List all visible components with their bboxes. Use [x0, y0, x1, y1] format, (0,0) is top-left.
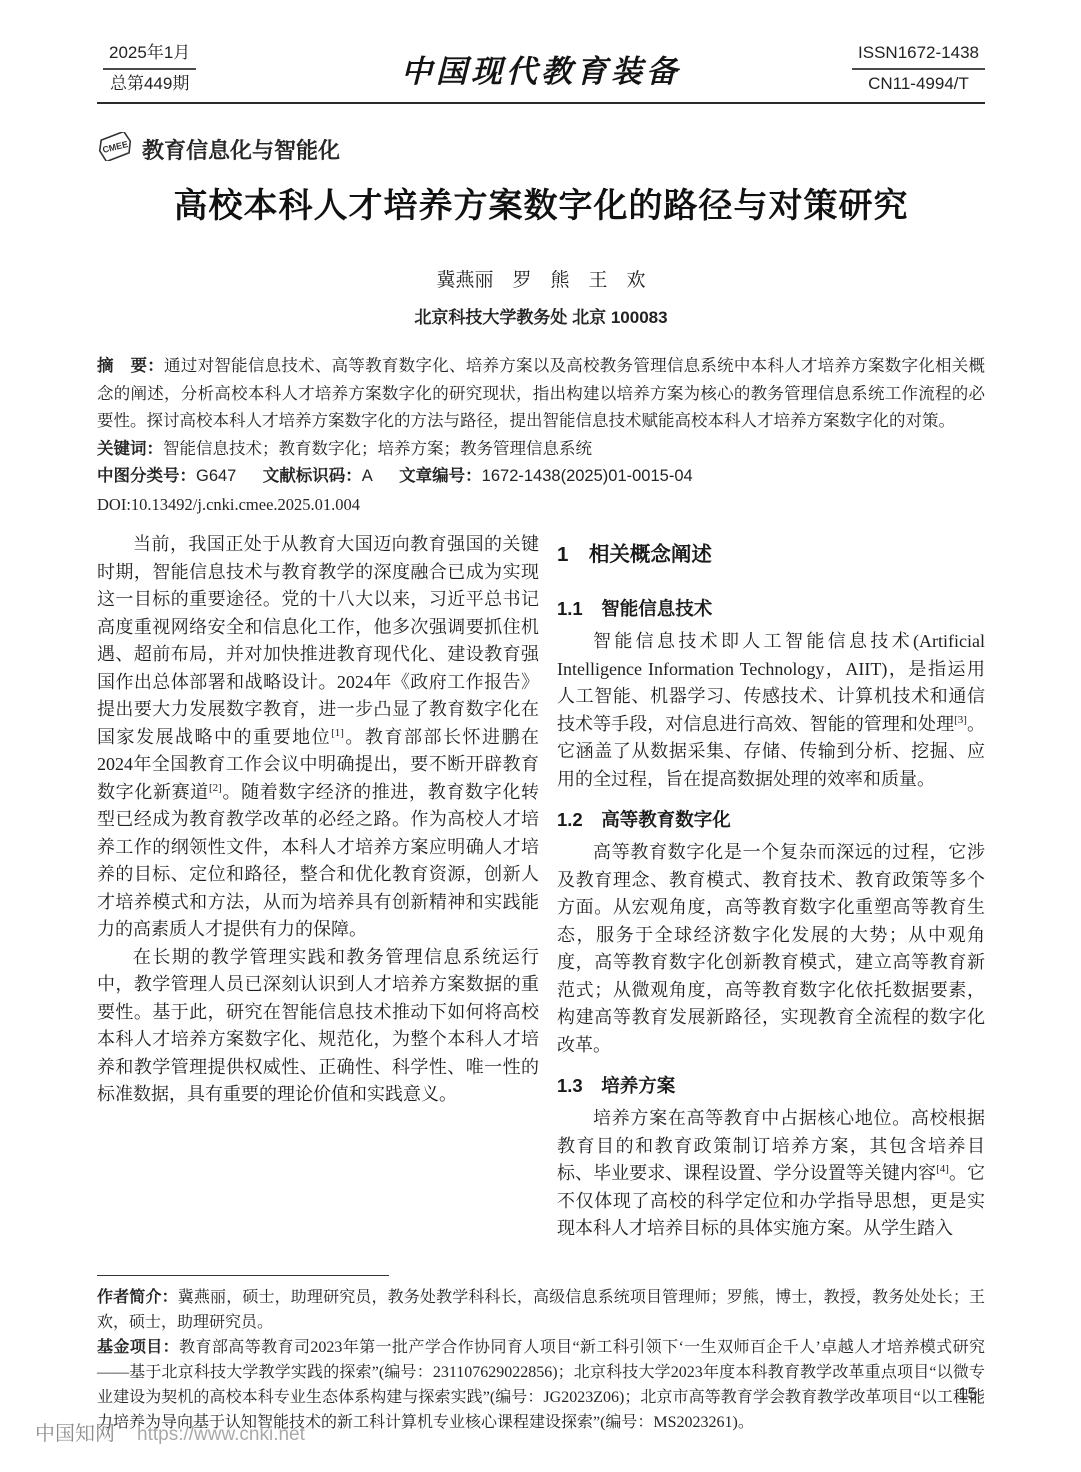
section-banner: CMEE 教育信息化与智能化 [97, 132, 985, 166]
issn-info: ISSN1672-1438 CN11-4994/T [852, 41, 985, 96]
author-bio-text: 冀燕丽，硕士，助理研究员，教务处教学科科长，高级信息系统项目管理师；罗熊，博士，… [97, 1289, 985, 1331]
abstract-text: 通过对智能信息技术、高等教育数字化、培养方案以及高校教务管理信息系统中本科人才培… [97, 357, 985, 430]
section-1-1-heading: 1.1 智能信息技术 [557, 595, 985, 621]
cnki-watermark-name: 中国知网 [35, 1417, 115, 1446]
doc-code-value: A [362, 467, 373, 485]
keywords-text: 智能信息技术；教育数字化；培养方案；教务管理信息系统 [163, 440, 592, 458]
left-column: 当前，我国正处于从教育大国迈向教育强国的关键时期，智能信息技术与教育教学的深度融… [97, 531, 539, 1243]
journal-name: 中国现代教育装备 [401, 46, 681, 91]
funding-label: 基金项目： [97, 1339, 179, 1356]
section-1-2-heading: 1.2 高等教育数字化 [557, 806, 985, 832]
abstract-block: 摘 要：通过对智能信息技术、高等教育数字化、培养方案以及高校教务管理信息系统中本… [97, 353, 985, 518]
keywords-label: 关键词： [97, 440, 163, 458]
section-1-2-paragraph: 高等教育数字化是一个复杂而深远的过程，它涉及教育理念、教育模式、教育技术、教育政… [557, 839, 985, 1059]
clc-label: 中图分类号： [97, 467, 196, 485]
article-no-value: 1672-1438(2025)01-0015-04 [482, 467, 693, 485]
journal-page: 2025年1月 总第449期 中国现代教育装备 ISSN1672-1438 CN… [0, 0, 1081, 1472]
clc-value: G647 [196, 467, 236, 485]
cn-number: CN11-4994/T [852, 70, 985, 97]
issue-month: 2025年1月 [103, 41, 196, 70]
author-bio-label: 作者简介： [97, 1289, 178, 1306]
section-1-1-paragraph: 智能信息技术即人工智能信息技术(Artificial Intelligence … [557, 628, 985, 793]
affiliation: 北京科技大学教务处 北京 100083 [97, 303, 985, 328]
footnote-divider [97, 1275, 389, 1276]
paper-title: 高校本科人才培养方案数字化的路径与对策研究 [97, 178, 985, 227]
cnki-watermark: 中国知网 https://www.cnki.net [35, 1417, 305, 1446]
keywords-line: 关键词：智能信息技术；教育数字化；培养方案；教务管理信息系统 [97, 436, 985, 464]
section-1-3-heading: 1.3 培养方案 [557, 1072, 985, 1098]
body-columns: 当前，我国正处于从教育大国迈向教育强国的关键时期，智能信息技术与教育教学的深度融… [97, 531, 985, 1243]
doi-line: DOI:10.13492/j.cnki.cmee.2025.01.004 [97, 491, 985, 519]
classification-line: 中图分类号：G647文献标识码：A文章编号：1672-1438(2025)01-… [97, 463, 985, 491]
footnotes: 作者简介：冀燕丽，硕士，助理研究员，教务处教学科科长，高级信息系统项目管理师；罗… [97, 1275, 985, 1435]
page-number: 15 [958, 1384, 977, 1404]
page-content: 2025年1月 总第449期 中国现代教育装备 ISSN1672-1438 CN… [97, 38, 985, 1435]
journal-header: 2025年1月 总第449期 中国现代教育装备 ISSN1672-1438 CN… [97, 38, 985, 104]
right-column: 1 相关概念阐述 1.1 智能信息技术 智能信息技术即人工智能信息技术(Arti… [557, 531, 985, 1243]
abstract-label: 摘 要： [97, 357, 164, 375]
article-no-label: 文章编号： [399, 467, 482, 485]
authors: 冀燕丽 罗 熊 王 欢 [97, 265, 985, 292]
section-name: 教育信息化与智能化 [142, 134, 340, 165]
section-1-3-paragraph: 培养方案在高等教育中占据核心地位。高校根据教育目的和教育政策制订培养方案，其包含… [557, 1105, 985, 1243]
issn-number: ISSN1672-1438 [852, 41, 985, 70]
cmee-badge-icon: CMEE [97, 132, 133, 166]
author-bio: 作者简介：冀燕丽，硕士，助理研究员，教务处教学科科长，高级信息系统项目管理师；罗… [97, 1285, 985, 1335]
cnki-watermark-url: https://www.cnki.net [137, 1424, 305, 1446]
section-1-heading: 1 相关概念阐述 [557, 537, 985, 567]
svg-text:CMEE: CMEE [101, 139, 129, 155]
doc-code-label: 文献标识码： [263, 467, 362, 485]
issue-info: 2025年1月 总第449期 [103, 41, 196, 96]
intro-paragraph-2: 在长期的教学管理实践和教务管理信息系统运行中，教学管理人员已深刻认识到人才培养方… [97, 944, 539, 1109]
abstract-paragraph: 摘 要：通过对智能信息技术、高等教育数字化、培养方案以及高校教务管理信息系统中本… [97, 353, 985, 436]
intro-paragraph-1: 当前，我国正处于从教育大国迈向教育强国的关键时期，智能信息技术与教育教学的深度融… [97, 531, 539, 944]
issue-total: 总第449期 [103, 70, 196, 97]
